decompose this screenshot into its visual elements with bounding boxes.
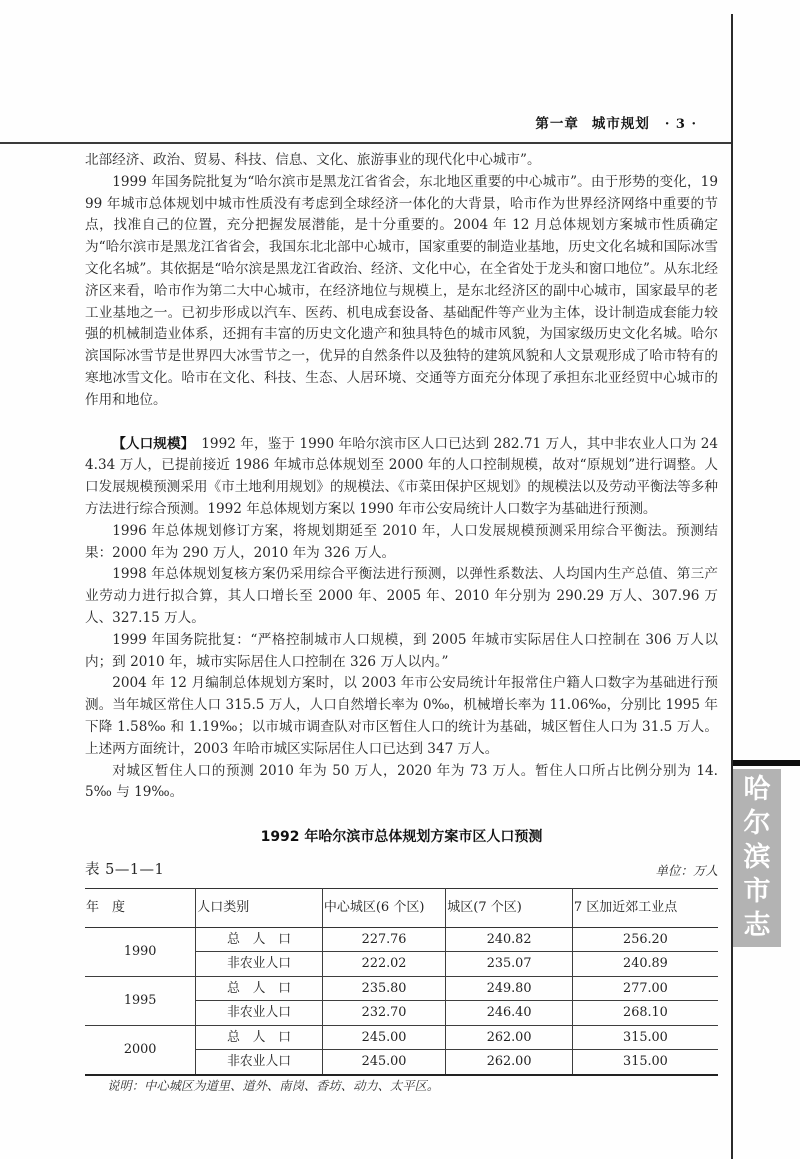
year-cell: 1990 bbox=[85, 927, 196, 976]
paragraph: 1998 年总体规划复核方案仍采用综合平衡法进行预测，以弹性系数法、人均国内生产… bbox=[85, 564, 718, 629]
page-edge-rule bbox=[731, 14, 733, 1159]
header-rule bbox=[0, 142, 732, 144]
table-row: 2000 总 人 口 245.00 262.00 315.00 bbox=[85, 1025, 718, 1050]
paragraph: 1996 年总体规划修订方案，将规划期延至 2010 年，人口发展规模预测采用综… bbox=[85, 521, 718, 565]
value-cell: 232.70 bbox=[322, 1001, 445, 1026]
value-cell: 262.00 bbox=[446, 1025, 573, 1050]
spine-char: 哈 bbox=[744, 773, 771, 807]
category-cell: 总 人 口 bbox=[196, 976, 323, 1001]
year-cell: 2000 bbox=[85, 1025, 196, 1075]
value-cell: 240.82 bbox=[446, 927, 573, 952]
paragraph: 2004 年 12 月编制总体规划方案时，以 2003 年市公安局统计年报常住户… bbox=[85, 673, 718, 760]
value-cell: 235.80 bbox=[322, 976, 445, 1001]
section-title: 城市规划 bbox=[592, 116, 650, 132]
spine-char: 市 bbox=[744, 875, 771, 909]
value-cell: 315.00 bbox=[572, 1050, 718, 1075]
value-cell: 235.07 bbox=[446, 952, 573, 977]
value-cell: 222.02 bbox=[322, 952, 445, 977]
value-cell: 245.00 bbox=[322, 1050, 445, 1075]
value-cell: 240.89 bbox=[572, 952, 718, 977]
page-number: · 3 · bbox=[665, 117, 697, 132]
spine-char: 滨 bbox=[744, 841, 771, 875]
year-cell: 1995 bbox=[85, 976, 196, 1025]
category-cell: 非农业人口 bbox=[196, 1001, 323, 1026]
value-cell: 256.20 bbox=[572, 927, 718, 952]
spine-char: 尔 bbox=[744, 807, 771, 841]
table-block: 1992 年哈尔滨市总体规划方案市区人口预测 表 5—1—1 单位：万人 年 度… bbox=[85, 827, 718, 1097]
page-body: 北部经济、政治、贸易、科技、信息、文化、旅游事业的现代化中心城市”。 1999 … bbox=[85, 150, 718, 1098]
category-cell: 非农业人口 bbox=[196, 1050, 323, 1075]
column-header-central: 中心城区(6 个区) bbox=[322, 888, 445, 927]
book-page: 第一章城市规划· 3 · 哈 尔 滨 市 志 北部经济、政治、贸易、科技、信息、… bbox=[0, 0, 800, 1159]
population-forecast-table: 年 度 人口类别 中心城区(6 个区) 城区(7 个区) 7 区加近郊工业点 1… bbox=[85, 888, 718, 1076]
paragraph: 对城区暂住人口的预测 2010 年为 50 万人，2020 年为 73 万人。暂… bbox=[85, 761, 718, 805]
category-cell: 总 人 口 bbox=[196, 1025, 323, 1050]
table-meta: 表 5—1—1 单位：万人 bbox=[85, 860, 718, 882]
table-header-row: 年 度 人口类别 中心城区(6 个区) 城区(7 个区) 7 区加近郊工业点 bbox=[85, 888, 718, 927]
paragraph: 【人口规模】 1992 年，鉴于 1990 年哈尔滨市区人口已达到 282.71… bbox=[85, 434, 718, 521]
value-cell: 268.10 bbox=[572, 1001, 718, 1026]
column-header-suburban: 7 区加近郊工业点 bbox=[572, 888, 718, 927]
value-cell: 277.00 bbox=[572, 976, 718, 1001]
book-spine-tab: 哈 尔 滨 市 志 bbox=[733, 769, 781, 947]
column-header-urban: 城区(7 个区) bbox=[446, 888, 573, 927]
section-label: 【人口规模】 bbox=[112, 436, 187, 452]
paragraph: 1999 年国务院批复为“哈尔滨市是黑龙江省省会，东北地区重要的中心城市”。由于… bbox=[85, 172, 718, 412]
table-title: 1992 年哈尔滨市总体规划方案市区人口预测 bbox=[85, 827, 718, 849]
table-row: 1990 总 人 口 227.76 240.82 256.20 bbox=[85, 927, 718, 952]
spine-black-bar bbox=[733, 760, 800, 766]
table-unit: 单位：万人 bbox=[655, 860, 718, 882]
running-header: 第一章城市规划· 3 · bbox=[535, 112, 697, 132]
table-note: 说明：中心城区为道里、道外、南岗、香坊、动力、太平区。 bbox=[85, 1076, 718, 1098]
category-cell: 非农业人口 bbox=[196, 952, 323, 977]
value-cell: 245.00 bbox=[322, 1025, 445, 1050]
paragraph: 北部经济、政治、贸易、科技、信息、文化、旅游事业的现代化中心城市”。 bbox=[85, 150, 718, 172]
paragraph: 1999 年国务院批复：“严格控制城市人口规模，到 2005 年城市实际居住人口… bbox=[85, 630, 718, 674]
category-cell: 总 人 口 bbox=[196, 927, 323, 952]
table-row: 1995 总 人 口 235.80 249.80 277.00 bbox=[85, 976, 718, 1001]
chapter-title: 第一章 bbox=[535, 116, 579, 132]
column-header-category: 人口类别 bbox=[196, 888, 323, 927]
column-header-year: 年 度 bbox=[85, 888, 196, 927]
value-cell: 315.00 bbox=[572, 1025, 718, 1050]
table-number: 表 5—1—1 bbox=[85, 860, 164, 882]
value-cell: 246.40 bbox=[446, 1001, 573, 1026]
spine-char: 志 bbox=[744, 909, 771, 943]
value-cell: 262.00 bbox=[446, 1050, 573, 1075]
value-cell: 227.76 bbox=[322, 927, 445, 952]
value-cell: 249.80 bbox=[446, 976, 573, 1001]
